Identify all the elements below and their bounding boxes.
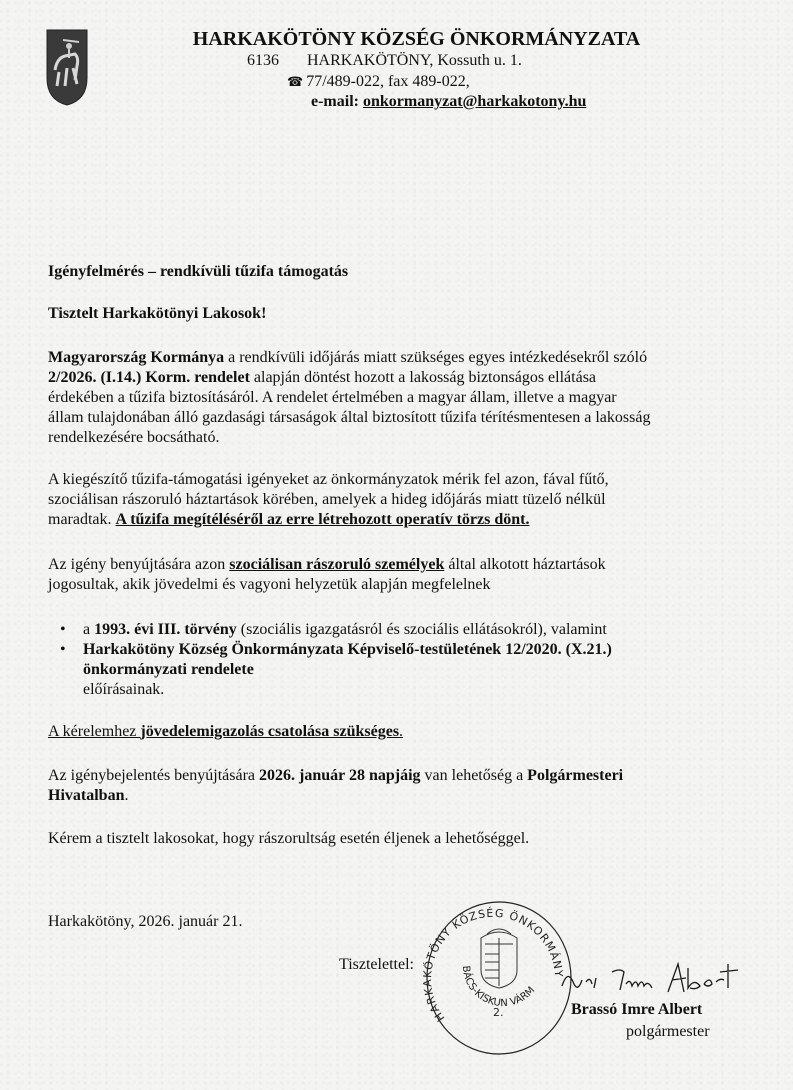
email-label: e-mail: (311, 93, 359, 110)
paragraph-3-line-2: jogosultak, akik jövedelmi és vagyoni he… (48, 575, 491, 595)
organization-name: HARKAKÖTÖNY KÖZSÉG ÖNKORMÁNYZATA (0, 28, 793, 51)
paragraph-2-line-3: maradtak. A tűzifa megítéléséről az erre… (48, 510, 529, 530)
eligible-persons: szociálisan rászoruló személyek (229, 556, 444, 573)
deadline-line-1: Az igénybejelentés benyújtására 2026. ja… (48, 766, 623, 786)
paragraph-1-line-5: rendelkezésére bocsátható. (48, 428, 219, 448)
paragraph-1-line-4: állam tulajdonában álló gazdasági társas… (48, 408, 650, 428)
decree-reference: 2/2026. (I.14.) Korm. rendelet (48, 369, 250, 386)
paragraph-2-line-1: A kiegészítő tűzifa-támogatási igényeket… (48, 470, 609, 490)
bullet-icon: • (60, 620, 66, 640)
letter-page: HARKAKÖTÖNY KÖZSÉG ÖNKORMÁNYZATA 6136HAR… (0, 0, 793, 1090)
list-item: •Harkakötöny Község Önkormányzata Képvis… (60, 640, 612, 660)
text: . (399, 723, 403, 740)
paragraph-1-line-3: érdekében a tűzifa biztosításáról. A ren… (48, 388, 617, 408)
text: . (124, 787, 128, 804)
local-decree-reference: Harkakötöny Község Önkormányzata Képvise… (83, 641, 612, 658)
deadline-line-2: Hivatalban. (48, 786, 128, 806)
handwritten-signature (560, 958, 780, 998)
decision-statement: A tűzifa megítéléséről az erre létrehozo… (116, 511, 530, 528)
office-name: Polgármesteri (527, 767, 623, 784)
office-name-continued: Hivatalban (48, 787, 124, 804)
hungarian-coat-of-arms-icon (481, 929, 517, 988)
telephone-icon: ☎ (287, 74, 303, 89)
list-item-continuation: önkormányzati rendelete (60, 660, 612, 680)
law-reference: 1993. évi III. törvény (94, 621, 237, 638)
stamp-number: 2. (493, 1006, 504, 1019)
text: van lehetőség a (421, 767, 528, 784)
text: a (83, 621, 94, 638)
email-line: e-mail: onkormanyzat@harkakotony.hu (311, 93, 586, 111)
closing-request: Kérem a tisztelt lakosokat, hogy rászoru… (48, 829, 529, 849)
regulation-list: •a 1993. évi III. törvény (szociális iga… (60, 620, 612, 700)
text: maradtak. (48, 511, 116, 528)
text: Az igénybejelentés benyújtására (48, 767, 259, 784)
list-item: •a 1993. évi III. törvény (szociális iga… (60, 620, 612, 640)
bullet-icon: • (60, 640, 66, 660)
text: Az igény benyújtására azon (48, 556, 229, 573)
deadline-date: 2026. január 28 napjáig (259, 767, 421, 784)
text: által alkotott háztartások (444, 556, 605, 573)
street-address: HARKAKÖTÖNY, Kossuth u. 1. (307, 52, 522, 69)
list-tail: előírásainak. (60, 680, 612, 700)
regards: Tisztelettel: (339, 955, 414, 975)
phone-numbers: 77/489-022, fax 489-022, (306, 73, 470, 90)
paragraph-1-line-2: 2/2026. (I.14.) Korm. rendelet alapján d… (48, 368, 596, 388)
text: A kérelemhez (48, 723, 140, 740)
text: (szociális igazgatásról és szociális ell… (237, 621, 607, 638)
subject-line: Igényfelmérés – rendkívüli tűzifa támoga… (48, 262, 348, 282)
salutation: Tisztelt Harkakötönyi Lakosok! (48, 304, 266, 324)
paragraph-2-line-2: szociálisan rászoruló háztartások körébe… (48, 490, 606, 510)
address-line: 6136HARKAKÖTÖNY, Kossuth u. 1. (247, 52, 522, 70)
phone-line: ☎77/489-022, fax 489-022, (287, 73, 470, 91)
place-and-date: Harkakötöny, 2026. január 21. (48, 912, 242, 932)
paragraph-3-line-1: Az igény benyújtására azon szociálisan r… (48, 555, 606, 575)
signer-name: Brassó Imre Albert (571, 1000, 702, 1020)
email-link[interactable]: onkormanyzat@harkakotony.hu (363, 93, 586, 110)
text: a rendkívüli időjárás miatt szükséges eg… (224, 349, 647, 366)
paragraph-1-line-1: Magyarország Kormánya a rendkívüli időjá… (48, 348, 647, 368)
official-stamp: HARKAKÖTÖNY KÖZSÉG ÖNKORMÁNYZATA BÁCS-KI… (423, 898, 575, 1056)
signer-title: polgármester (626, 1022, 710, 1042)
attachment-note: A kérelemhez jövedelemigazolás csatolása… (48, 722, 403, 742)
zip-code: 6136 (247, 52, 279, 69)
income-certificate-requirement: jövedelemigazolás csatolása szükséges (140, 723, 399, 740)
government-name: Magyarország Kormánya (48, 349, 224, 366)
text: alapján döntést hozott a lakosság bizton… (250, 369, 596, 386)
